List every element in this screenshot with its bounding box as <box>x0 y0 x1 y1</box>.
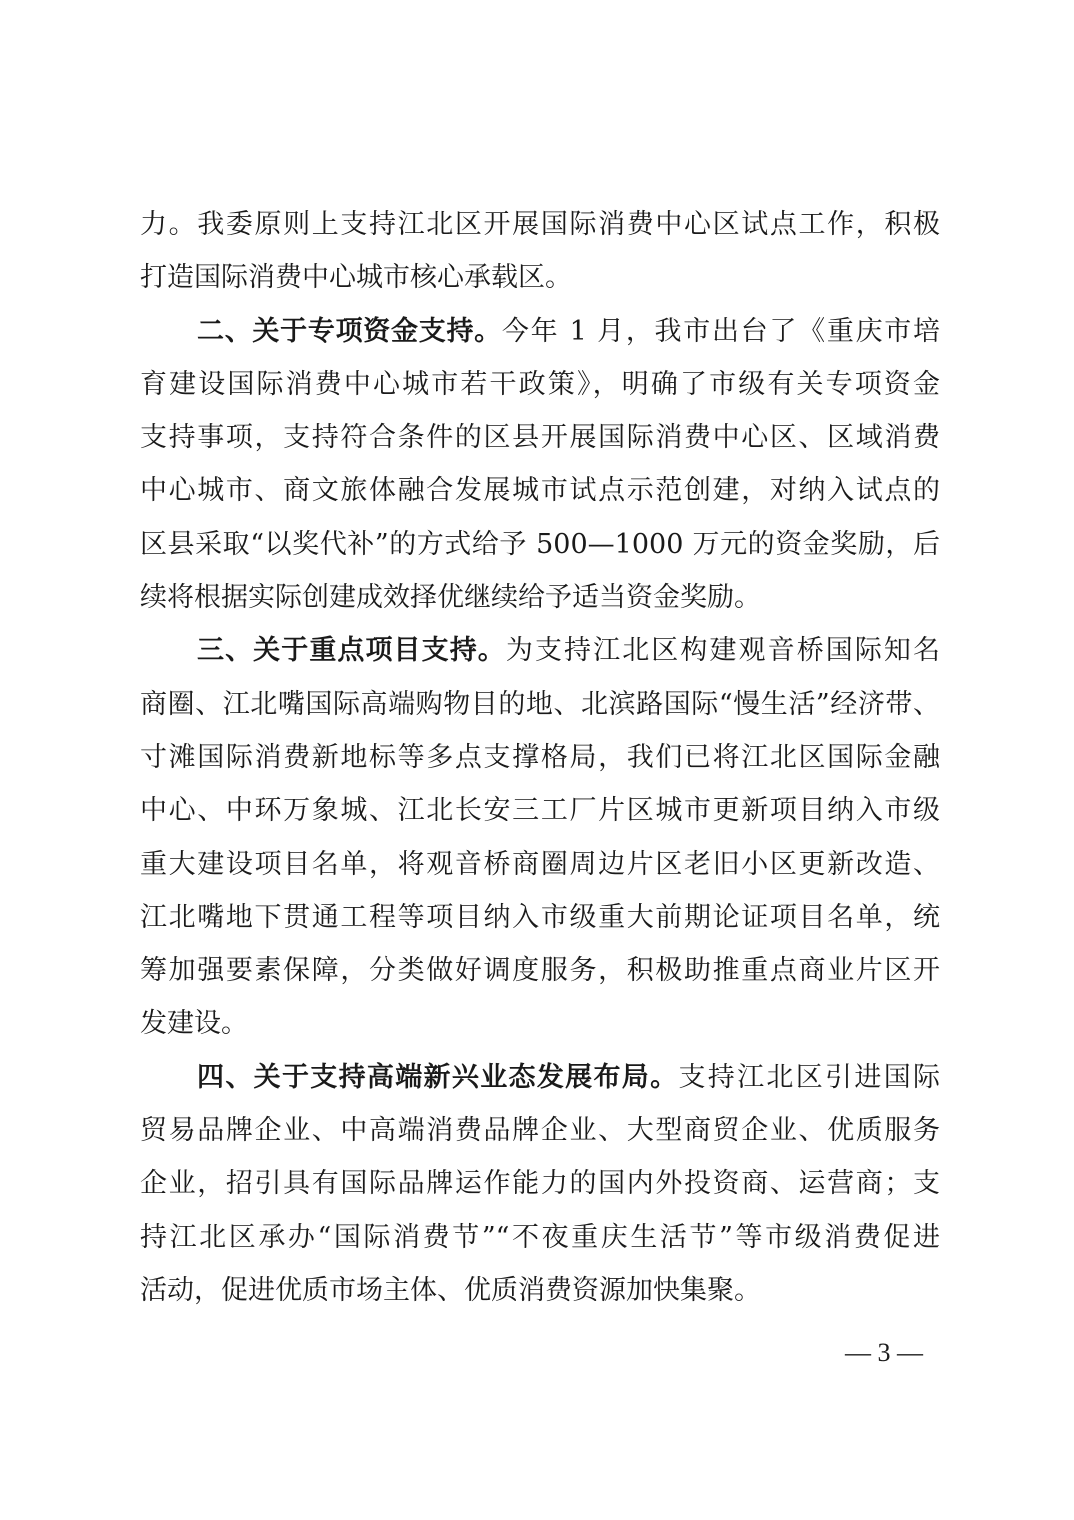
text-line: 续将根据实际创建成效择优继续给予适当资金奖励。 <box>140 571 940 624</box>
text-line: 持江北区承办“国际消费节”“不夜重庆生活节”等市级消费促进 <box>140 1211 940 1264</box>
text-span: 今年 1 月，我市出台了《重庆市培 <box>502 316 940 347</box>
text-line: 育建设国际消费中心城市若干政策》，明确了市级有关专项资金 <box>140 358 940 411</box>
text-line: 发建设。 <box>140 997 940 1050</box>
text-line: 重大建设项目名单，将观音桥商圈周边片区老旧小区更新改造、 <box>140 838 940 891</box>
text-span: 支持江北区引进国际 <box>678 1062 940 1093</box>
text-line: 企业，招引具有国际品牌运作能力的国内外投资商、运营商；支 <box>140 1157 940 1210</box>
text-line: 力。我委原则上支持江北区开展国际消费中心区试点工作，积极 <box>140 198 940 251</box>
text-line: 区县采取“以奖代补”的方式给予 500—1000 万元的资金奖励，后 <box>140 518 940 571</box>
text-line: 中心城市、商文旅体融合发展城市试点示范创建，对纳入试点的 <box>140 464 940 517</box>
text-line: 活动，促进优质市场主体、优质消费资源加快集聚。 <box>140 1264 940 1317</box>
section-heading-line: 四、关于支持高端新兴业态发展布局。支持江北区引进国际 <box>140 1051 940 1104</box>
text-line: 寸滩国际消费新地标等多点支撑格局，我们已将江北区国际金融 <box>140 731 940 784</box>
text-line: 打造国际消费中心城市核心承载区。 <box>140 251 940 304</box>
text-span: 为支持江北区构建观音桥国际知名 <box>506 635 940 666</box>
section-heading-line: 三、关于重点项目支持。为支持江北区构建观音桥国际知名 <box>140 624 940 677</box>
text-line: 支持事项，支持符合条件的区县开展国际消费中心区、区域消费 <box>140 411 940 464</box>
document-body: 力。我委原则上支持江北区开展国际消费中心区试点工作，积极 打造国际消费中心城市核… <box>140 198 940 1317</box>
section-heading-4: 四、关于支持高端新兴业态发展布局。 <box>197 1062 678 1093</box>
section-heading-line: 二、关于专项资金支持。今年 1 月，我市出台了《重庆市培 <box>140 305 940 358</box>
text-line: 江北嘴地下贯通工程等项目纳入市级重大前期论证项目名单，统 <box>140 891 940 944</box>
text-line: 商圈、江北嘴国际高端购物目的地、北滨路国际“慢生活”经济带、 <box>140 678 940 731</box>
section-heading-2: 二、关于专项资金支持。 <box>197 316 502 347</box>
text-line: 中心、中环万象城、江北长安三工厂片区城市更新项目纳入市级 <box>140 784 940 837</box>
text-line: 贸易品牌企业、中高端消费品牌企业、大型商贸企业、优质服务 <box>140 1104 940 1157</box>
section-heading-3: 三、关于重点项目支持。 <box>197 635 506 666</box>
text-line: 筹加强要素保障，分类做好调度服务，积极助推重点商业片区开 <box>140 944 940 997</box>
page-number: — 3 — <box>845 1338 923 1368</box>
